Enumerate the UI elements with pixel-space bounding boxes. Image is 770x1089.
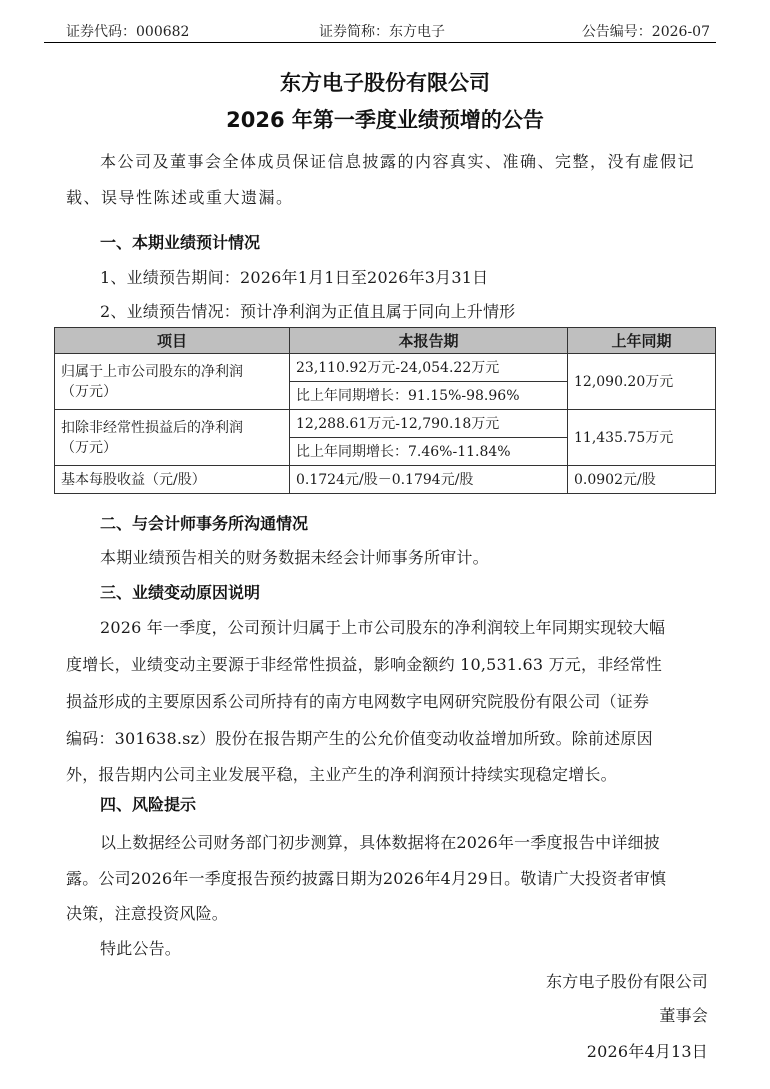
row-label: 归属于上市公司股东的净利润（万元）: [55, 354, 290, 410]
row-label: 扣除非经常性损益后的净利润（万元）: [55, 410, 290, 466]
section-4-line: 以上数据经公司财务部门初步测算，具体数据将在2026年一季度报告中详细披: [100, 833, 660, 853]
signature-date: 2026年4月13日: [587, 1042, 708, 1062]
notice-number: 公告编号：2026-07: [582, 24, 710, 40]
col-header-prior: 上年同期: [568, 328, 716, 354]
current-growth: 比上年同期增长：7.46%-11.84%: [290, 438, 568, 466]
signature-board: 董事会: [659, 1006, 708, 1026]
section-3-line: 2026 年一季度，公司预计归属于上市公司股东的净利润较上年同期实现较大幅: [100, 618, 665, 638]
company-title: 东方电子股份有限公司: [0, 67, 770, 97]
table-row: 归属于上市公司股东的净利润（万元） 23,110.92万元-24,054.22万…: [55, 354, 716, 382]
intro-line-2: 载、误导性陈述或重大遗漏。: [66, 188, 294, 208]
closing-statement: 特此公告。: [100, 939, 181, 959]
col-header-current: 本报告期: [290, 328, 568, 354]
section-4-line: 决策，注意投资风险。: [66, 904, 228, 924]
prior-value: 11,435.75万元: [568, 410, 716, 466]
performance-table: 项目 本报告期 上年同期 归属于上市公司股东的净利润（万元） 23,110.92…: [54, 327, 716, 494]
col-header-item: 项目: [55, 328, 290, 354]
table-row: 扣除非经常性损益后的净利润（万元） 12,288.61万元-12,790.18万…: [55, 410, 716, 438]
prior-value: 0.0902元/股: [568, 466, 716, 494]
signature-company: 东方电子股份有限公司: [546, 972, 708, 992]
current-range: 12,288.61万元-12,790.18万元: [290, 410, 568, 438]
table-header-row: 项目 本报告期 上年同期: [55, 328, 716, 354]
stock-name: 证券简称：东方电子: [319, 24, 445, 40]
current-range: 0.1724元/股－0.1794元/股: [290, 466, 568, 494]
section-2-body: 本期业绩预告相关的财务数据未经会计师事务所审计。: [100, 548, 489, 568]
current-growth: 比上年同期增长：91.15%-98.96%: [290, 382, 568, 410]
section-3-line: 编码：301638.sz）股份在报告期产生的公允价值变动收益增加所致。除前述原因: [66, 729, 653, 749]
section-1-heading: 一、本期业绩预计情况: [100, 233, 260, 253]
page-header: 证券代码：000682 证券简称：东方电子 公告编号：2026-07: [44, 24, 716, 43]
row-label: 基本每股收益（元/股）: [55, 466, 290, 494]
section-3-heading: 三、业绩变动原因说明: [100, 583, 260, 603]
section-3-line: 外，报告期内公司主业发展平稳，主业产生的净利润预计持续实现稳定增长。: [66, 765, 617, 785]
section-3-line: 损益形成的主要原因系公司所持有的南方电网数字电网研究院股份有限公司（证券: [66, 692, 649, 712]
intro-line-1: 本公司及董事会全体成员保证信息披露的内容真实、准确、完整，没有虚假记: [100, 152, 695, 172]
section-3-line: 度增长，业绩变动主要源于非经常性损益，影响金额约 10,531.63 万元，非经…: [66, 655, 662, 675]
stock-code: 证券代码：000682: [66, 24, 189, 40]
announcement-title: 2026 年第一季度业绩预增的公告: [0, 104, 770, 134]
section-4-line: 露。公司2026年一季度报告预约披露日期为2026年4月29日。敬请广大投资者审…: [66, 869, 666, 889]
table-row: 基本每股收益（元/股） 0.1724元/股－0.1794元/股 0.0902元/…: [55, 466, 716, 494]
forecast-period: 1、业绩预告期间：2026年1月1日至2026年3月31日: [100, 268, 488, 288]
forecast-situation: 2、业绩预告情况：预计净利润为正值且属于同向上升情形: [100, 302, 515, 322]
section-2-heading: 二、与会计师事务所沟通情况: [100, 514, 308, 534]
prior-value: 12,090.20万元: [568, 354, 716, 410]
section-4-heading: 四、风险提示: [100, 795, 196, 815]
current-range: 23,110.92万元-24,054.22万元: [290, 354, 568, 382]
